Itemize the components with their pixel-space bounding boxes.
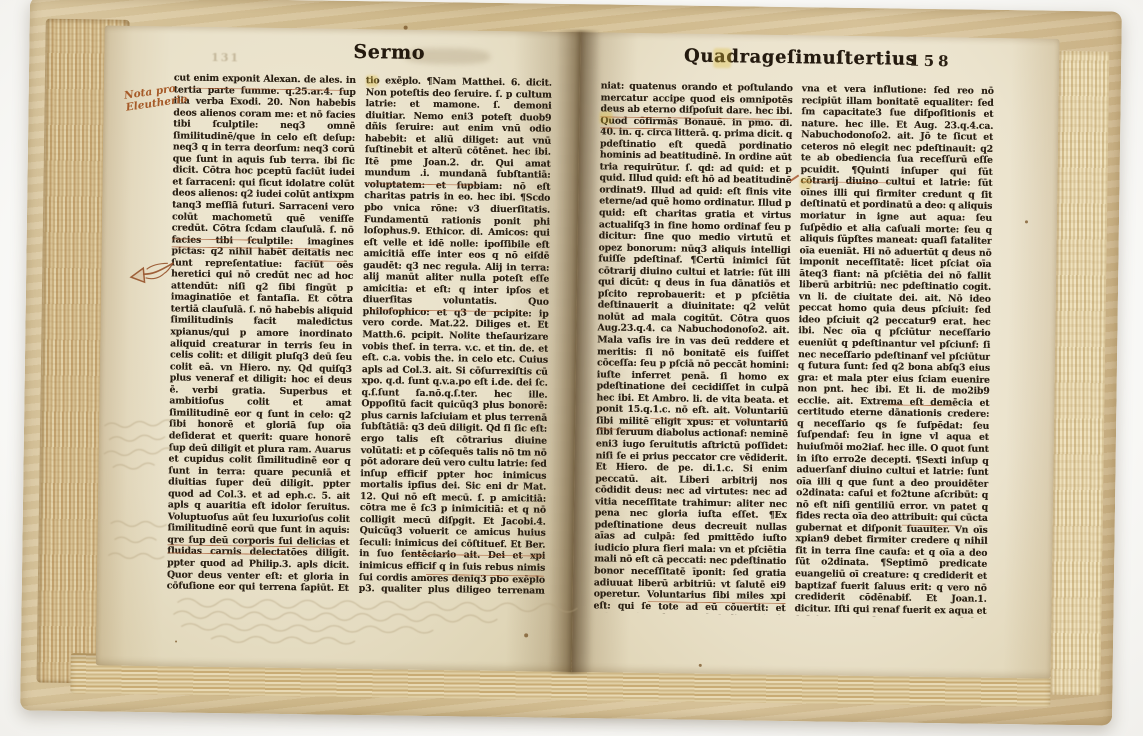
right-page-column-2: vna et vera influtione: ſed reo nō recip… xyxy=(794,83,993,618)
gutter-shadow xyxy=(548,30,601,675)
left-page-column-2: tio exēplo. ¶Nam Matthei. 6. dicit. Non … xyxy=(359,75,552,598)
running-header-right: Quadrageſimuſtertius xyxy=(669,45,931,70)
yellow-wash-initial xyxy=(799,177,811,189)
showthrough-handwriting-margin xyxy=(100,416,181,482)
showthrough-handwriting-bottom xyxy=(171,594,602,650)
showthrough-folio-number: 131 xyxy=(211,51,240,64)
yellow-wash-initial xyxy=(599,111,612,124)
yellow-wash-initial xyxy=(713,48,731,68)
running-header-left: Sermo xyxy=(324,41,454,65)
left-page-column-1: cut enim exponit Alexan. de ales. in ter… xyxy=(167,72,356,594)
foxing-spot xyxy=(404,26,408,30)
showthrough-handwriting-margin-2 xyxy=(106,518,179,565)
yellow-wash-initial xyxy=(366,75,378,87)
foxing-spot xyxy=(1025,220,1028,223)
foxing-spot xyxy=(699,664,702,667)
folio-number: 158 xyxy=(909,52,953,71)
open-book: 131 Sermo cut enim exponit Alexan. de al… xyxy=(20,0,1122,726)
right-page-column-1: niat: quatenus orando et poſtulando merc… xyxy=(593,80,792,615)
